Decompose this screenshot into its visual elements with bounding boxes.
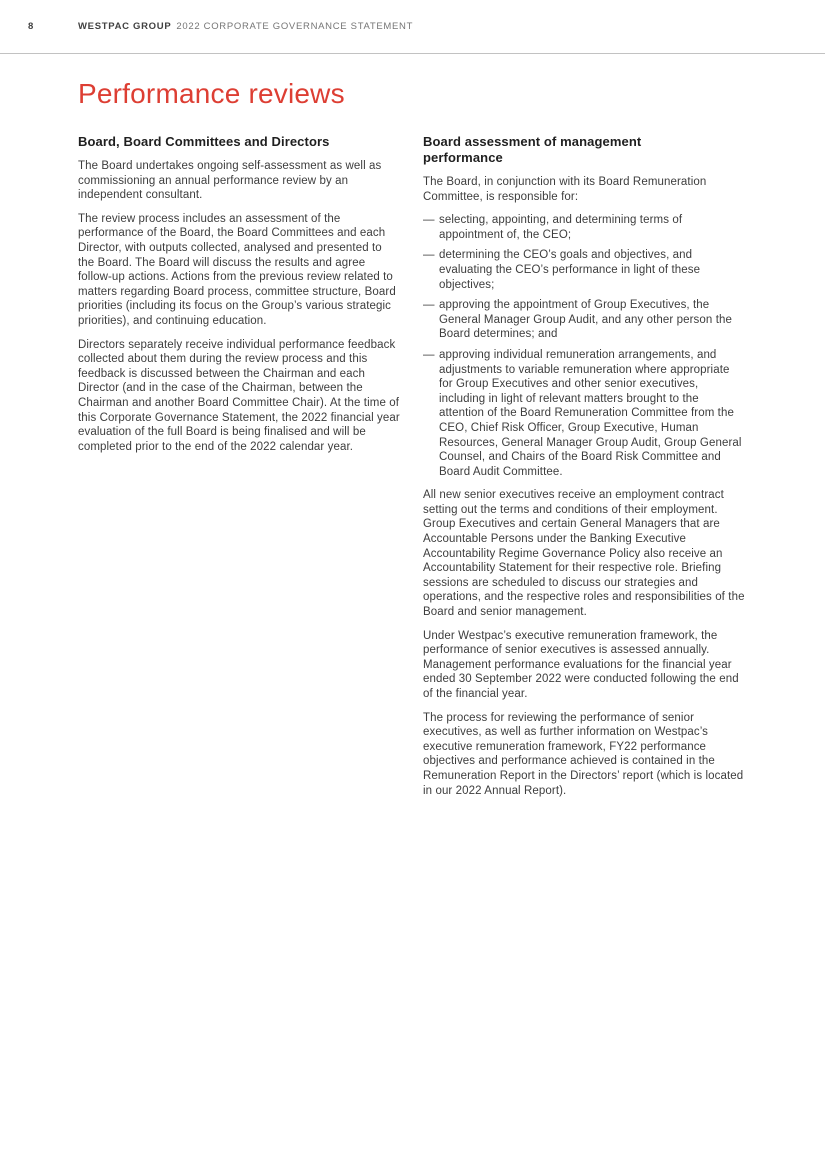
bullet-text: determining the CEO’s goals and objectiv…: [439, 248, 745, 292]
dash-icon: —: [423, 248, 439, 292]
bullet-text: approving individual remuneration arrang…: [439, 348, 745, 479]
paragraph: Under Westpac’s executive remuneration f…: [423, 629, 745, 702]
left-column: Board, Board Committees and Directors Th…: [78, 134, 400, 807]
paragraph: All new senior executives receive an emp…: [423, 488, 745, 619]
bullet-text: approving the appointment of Group Execu…: [439, 298, 745, 342]
page-title: Performance reviews: [78, 78, 745, 110]
dash-icon: —: [423, 298, 439, 342]
bullet-item: — approving the appointment of Group Exe…: [423, 298, 745, 342]
dash-icon: —: [423, 348, 439, 479]
paragraph: The Board, in conjunction with its Board…: [423, 175, 745, 204]
paragraph: The process for reviewing the performanc…: [423, 711, 745, 799]
brand-name: WESTPAC GROUP: [78, 21, 171, 32]
header-divider: [0, 53, 825, 54]
bullet-list: — selecting, appointing, and determining…: [423, 213, 745, 479]
two-column-layout: Board, Board Committees and Directors Th…: [78, 134, 745, 807]
paragraph: Directors separately receive individual …: [78, 338, 400, 455]
left-column-heading: Board, Board Committees and Directors: [78, 134, 400, 150]
document-title: 2022 CORPORATE GOVERNANCE STATEMENT: [176, 21, 413, 32]
paragraph: The review process includes an assessmen…: [78, 212, 400, 329]
page-number: 8: [28, 21, 78, 32]
right-column-heading: Board assessment of management performan…: [423, 134, 661, 166]
right-column: Board assessment of management performan…: [423, 134, 745, 807]
bullet-item: — determining the CEO’s goals and object…: [423, 248, 745, 292]
page-header: 8 WESTPAC GROUP 2022 CORPORATE GOVERNANC…: [0, 0, 825, 53]
paragraph: The Board undertakes ongoing self-assess…: [78, 159, 400, 203]
page-content: Performance reviews Board, Board Committ…: [0, 53, 825, 807]
bullet-text: selecting, appointing, and determining t…: [439, 213, 745, 242]
bullet-item: — selecting, appointing, and determining…: [423, 213, 745, 242]
dash-icon: —: [423, 213, 439, 242]
bullet-item: — approving individual remuneration arra…: [423, 348, 745, 479]
